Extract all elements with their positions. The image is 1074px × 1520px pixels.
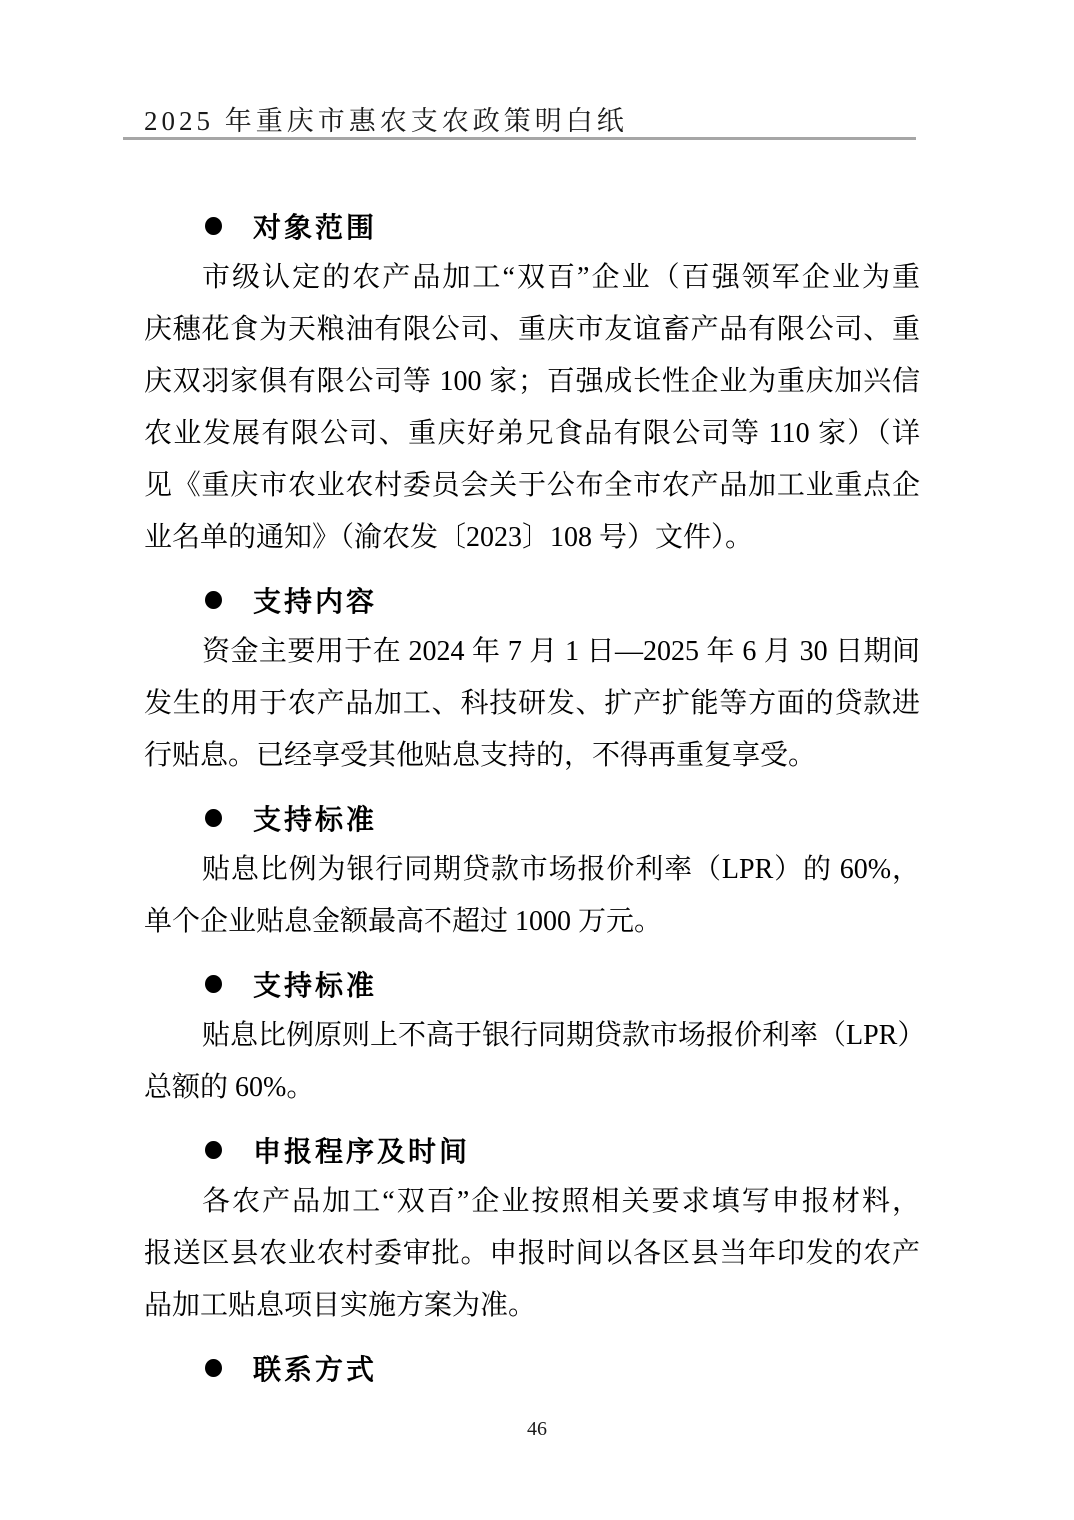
- section: 支持标准贴息比例为银行同期贷款市场报价利率（LPR）的 60%，单个企业贴息金额…: [144, 792, 920, 948]
- body-line: 资金主要用于在 2024 年 7 月 1 日—2025 年 6 月 30 日期间: [144, 626, 920, 678]
- section-heading-label: 支持标准: [253, 798, 377, 838]
- section-heading: 支持内容: [144, 574, 920, 626]
- body-line: 市级认定的农产品加工“双百”企业（百强领军企业为重: [144, 252, 920, 304]
- body-line: 各农产品加工“双百”企业按照相关要求填写申报材料，: [144, 1176, 920, 1228]
- body-line: 品加工贴息项目实施方案为准。: [144, 1280, 920, 1332]
- section: 对象范围市级认定的农产品加工“双百”企业（百强领军企业为重庆穗花食为天粮油有限公…: [144, 200, 920, 564]
- header-rule: [123, 137, 916, 140]
- body-line: 庆双羽家俱有限公司等 100 家；百强成长性企业为重庆加兴信: [144, 356, 920, 408]
- body-line: 行贴息。已经享受其他贴息支持的，不得再重复享受。: [144, 730, 920, 782]
- section-heading-label: 支持内容: [253, 580, 377, 620]
- bullet-icon: [205, 1359, 222, 1377]
- body-line: 报送区县农业农村委审批。申报时间以各区县当年印发的农产: [144, 1228, 920, 1280]
- section-heading: 联系方式: [144, 1342, 920, 1394]
- document-body: 对象范围市级认定的农产品加工“双百”企业（百强领军企业为重庆穗花食为天粮油有限公…: [144, 200, 920, 1394]
- body-line: 农业发展有限公司、重庆好弟兄食品有限公司等 110 家）（详: [144, 408, 920, 460]
- body-line: 总额的 60%。: [144, 1062, 920, 1114]
- body-line: 贴息比例为银行同期贷款市场报价利率（LPR）的 60%，: [144, 844, 920, 896]
- bullet-icon: [205, 591, 222, 609]
- bullet-icon: [205, 217, 222, 235]
- document-title: 2025 年重庆市惠农支农政策明白纸: [144, 106, 628, 136]
- section: 申报程序及时间各农产品加工“双百”企业按照相关要求填写申报材料，报送区县农业农村…: [144, 1124, 920, 1332]
- bullet-icon: [205, 809, 222, 827]
- body-line: 庆穗花食为天粮油有限公司、重庆市友谊畜产品有限公司、重: [144, 304, 920, 356]
- section-heading-label: 申报程序及时间: [253, 1130, 470, 1170]
- body-line: 见《重庆市农业农村委员会关于公布全市农产品加工业重点企: [144, 460, 920, 512]
- page-number: 46: [0, 1418, 1074, 1441]
- section: 支持标准贴息比例原则上不高于银行同期贷款市场报价利率（LPR）总额的 60%。: [144, 958, 920, 1114]
- body-line: 业名单的通知》（渝农发〔2023〕108 号）文件）。: [144, 512, 920, 564]
- bullet-icon: [205, 1141, 222, 1159]
- section-heading-label: 对象范围: [253, 206, 377, 246]
- section-heading: 对象范围: [144, 200, 920, 252]
- body-line: 发生的用于农产品加工、科技研发、扩产扩能等方面的贷款进: [144, 678, 920, 730]
- page-header: 2025 年重庆市惠农支农政策明白纸: [144, 99, 628, 138]
- body-line: 贴息比例原则上不高于银行同期贷款市场报价利率（LPR）: [144, 1010, 920, 1062]
- section-heading: 申报程序及时间: [144, 1124, 920, 1176]
- body-line: 单个企业贴息金额最高不超过 1000 万元。: [144, 896, 920, 948]
- section-heading-label: 联系方式: [253, 1348, 377, 1388]
- section-heading: 支持标准: [144, 792, 920, 844]
- section: 支持内容资金主要用于在 2024 年 7 月 1 日—2025 年 6 月 30…: [144, 574, 920, 782]
- section-heading-label: 支持标准: [253, 964, 377, 1004]
- section-heading: 支持标准: [144, 958, 920, 1010]
- document-page: 2025 年重庆市惠农支农政策明白纸 对象范围市级认定的农产品加工“双百”企业（…: [0, 0, 1074, 1520]
- bullet-icon: [205, 975, 222, 993]
- section: 联系方式: [144, 1342, 920, 1394]
